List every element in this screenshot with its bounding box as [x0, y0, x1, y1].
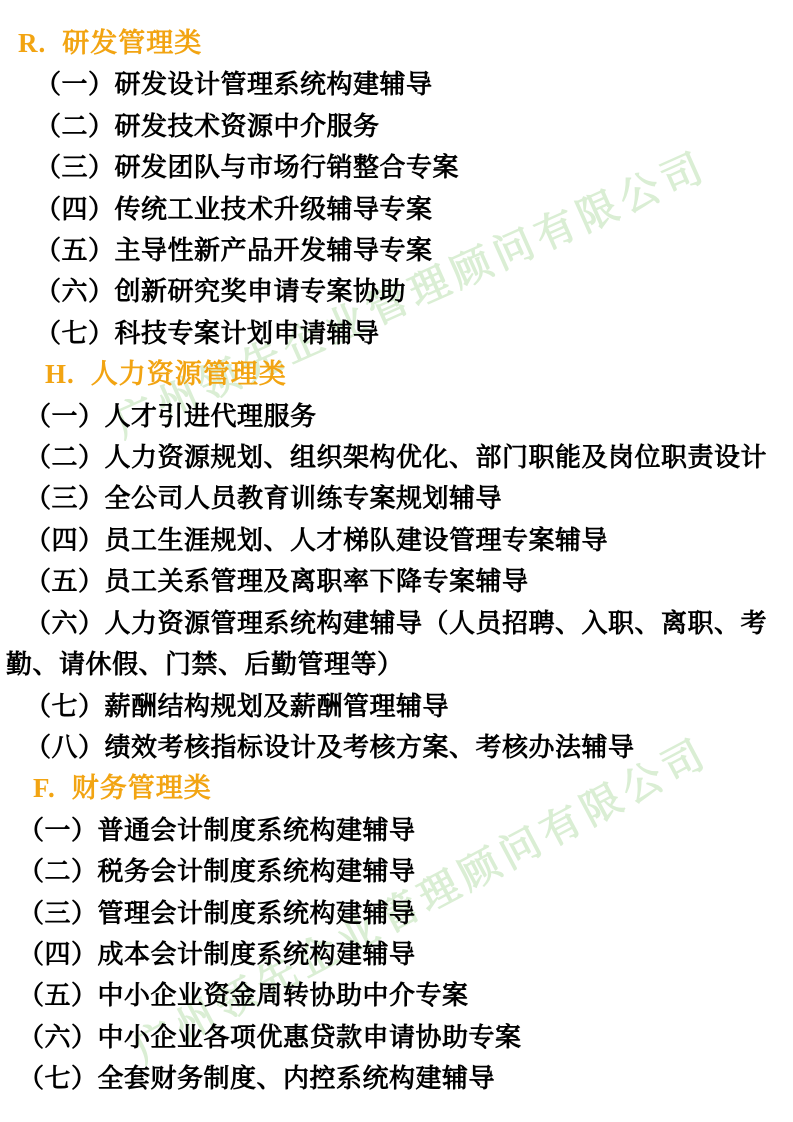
list-item: （四）成本会计制度系统构建辅导: [0, 934, 785, 975]
list-item: （三）全公司人员教育训练专案规划辅导: [0, 478, 785, 519]
section-heading: F.财务管理类: [0, 768, 785, 809]
section-title: 人力资源管理类: [91, 359, 287, 389]
section-finance-management: F.财务管理类 （一）普通会计制度系统构建辅导 （二）税务会计制度系统构建辅导 …: [0, 768, 785, 1099]
list-item: （四）传统工业技术升级辅导专案: [0, 189, 785, 230]
list-item: （六）中小企业各项优惠贷款申请协助专案: [0, 1017, 785, 1058]
list-item: （五）主导性新产品开发辅导专案: [0, 230, 785, 271]
list-item: （三）管理会计制度系统构建辅导: [0, 893, 785, 934]
list-item: （五）中小企业资金周转协助中介专案: [0, 975, 785, 1016]
list-item: （一）人才引进代理服务: [0, 396, 785, 437]
section-title: 研发管理类: [62, 28, 202, 58]
list-item: （五）员工关系管理及离职率下降专案辅导: [0, 561, 785, 602]
section-title: 财务管理类: [72, 773, 212, 803]
section-heading: R.研发管理类: [0, 23, 785, 64]
section-hr-management: H.人力资源管理类 （一）人才引进代理服务 （二）人力资源规划、组织架构优化、部…: [0, 354, 785, 768]
list-item: （二）研发技术资源中介服务: [0, 106, 785, 147]
section-letter: F.: [33, 773, 56, 803]
list-item: （二）税务会计制度系统构建辅导: [0, 851, 785, 892]
document-page: R.研发管理类 （一）研发设计管理系统构建辅导 （二）研发技术资源中介服务 （三…: [0, 0, 793, 1100]
list-item: （六）创新研究奖申请专案协助: [0, 271, 785, 312]
section-heading: H.人力资源管理类: [0, 354, 785, 395]
list-item: （四）员工生涯规划、人才梯队建设管理专案辅导: [0, 520, 785, 561]
list-item: （一）研发设计管理系统构建辅导: [0, 64, 785, 105]
section-letter: R.: [18, 28, 46, 58]
list-item: （七）薪酬结构规划及薪酬管理辅导: [0, 686, 785, 727]
list-item: （七）全套财务制度、内控系统构建辅导: [0, 1058, 785, 1099]
section-letter: H.: [45, 359, 75, 389]
list-item: （三）研发团队与市场行销整合专案: [0, 147, 785, 188]
section-rd-management: R.研发管理类 （一）研发设计管理系统构建辅导 （二）研发技术资源中介服务 （三…: [0, 23, 785, 354]
list-item: （一）普通会计制度系统构建辅导: [0, 810, 785, 851]
list-item: （六）人力资源管理系统构建辅导（人员招聘、入职、离职、考勤、请休假、门禁、后勤管…: [0, 603, 785, 686]
list-item: （七）科技专案计划申请辅导: [0, 313, 785, 354]
list-item: （八）绩效考核指标设计及考核方案、考核办法辅导: [0, 727, 785, 768]
list-item: （二）人力资源规划、组织架构优化、部门职能及岗位职责设计: [0, 437, 785, 478]
